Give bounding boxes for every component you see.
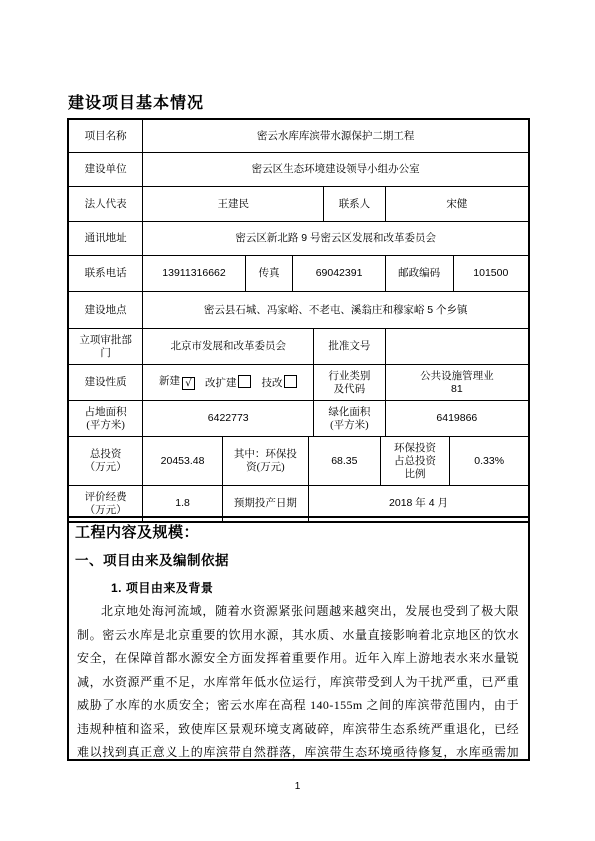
option-technical-renovation: 技改 xyxy=(261,375,297,390)
row-land-area: 占地面积 (平方米) 6422773 绿化面积 (平方米) 6419866 xyxy=(69,401,528,437)
option-new-construction-label: 新建 xyxy=(159,376,180,387)
row-legal-representative: 法人代表 王建民 联系人 宋健 xyxy=(69,187,528,222)
construction-site-value: 密云县石城、冯家峪、不老屯、溪翁庄和穆家峪 5 个乡镇 xyxy=(143,292,528,328)
project-content-section: 工程内容及规模： 一、项目由来及编制依据 1. 项目由来及背景 北京地处海河流域… xyxy=(67,516,530,761)
technical-renovation-checkbox xyxy=(284,375,297,388)
construction-nature-label: 建设性质 xyxy=(69,365,143,400)
row-project-name: 项目名称 密云水库库滨带水源保护二期工程 xyxy=(69,120,528,153)
row-construction-nature: 建设性质 新建√ 改扩建 技改 行业类别 及代码 公共设施管理业 81 xyxy=(69,365,528,401)
row-phone: 联系电话 13911316662 传真 69042391 邮政编码 101500 xyxy=(69,256,528,292)
row-total-investment: 总投资 （万元） 20453.48 其中：环保投 资(万元) 68.35 环保投… xyxy=(69,437,528,486)
env-investment-ratio-label: 环保投资 占总投资 比例 xyxy=(381,437,451,485)
phone-label: 联系电话 xyxy=(69,256,143,291)
mailing-address-value: 密云区新北路 9 号密云区发展和改革委员会 xyxy=(143,222,528,255)
green-area-label: 绿化面积 (平方米) xyxy=(314,401,386,436)
new-construction-checkbox: √ xyxy=(182,377,195,390)
heading-level1: 一、项目由来及编制依据 xyxy=(75,553,521,569)
row-construction-site: 建设地点 密云县石城、冯家峪、不老屯、溪翁庄和穆家峪 5 个乡镇 xyxy=(69,292,528,329)
row-construction-unit: 建设单位 密云区生态环境建设领导小组办公室 xyxy=(69,153,528,187)
row-mailing-address: 通讯地址 密云区新北路 9 号密云区发展和改革委员会 xyxy=(69,222,528,256)
option-technical-renovation-label: 技改 xyxy=(261,378,282,389)
phone-value: 13911316662 xyxy=(143,256,245,291)
approval-department-value: 北京市发展和改革委员会 xyxy=(143,329,314,364)
page-title: 建设项目基本情况 xyxy=(68,90,204,113)
project-name-label: 项目名称 xyxy=(69,120,143,152)
land-area-label: 占地面积 (平方米) xyxy=(69,401,143,436)
env-investment-ratio-value: 0.33% xyxy=(450,437,528,485)
green-area-value: 6419866 xyxy=(386,401,528,436)
legal-representative-label: 法人代表 xyxy=(69,187,143,221)
row-approval-department: 立项审批部 门 北京市发展和改革委员会 批准文号 xyxy=(69,329,528,365)
fax-value: 69042391 xyxy=(293,256,385,291)
construction-unit-label: 建设单位 xyxy=(69,153,143,186)
construction-site-label: 建设地点 xyxy=(69,292,143,328)
total-investment-value: 20453.48 xyxy=(143,437,222,485)
approval-department-label: 立项审批部 门 xyxy=(69,329,143,364)
env-investment-value: 68.35 xyxy=(309,437,381,485)
background-paragraph: 北京地处海河流域，随着水资源紧张问题越来越突出，发展也受到了极大限制。密云水库是… xyxy=(77,600,519,761)
section-title: 工程内容及规模： xyxy=(75,524,521,542)
expansion-checkbox xyxy=(238,375,251,388)
project-info-table: 项目名称 密云水库库滨带水源保护二期工程 建设单位 密云区生态环境建设领导小组办… xyxy=(67,118,530,523)
construction-nature-options: 新建√ 改扩建 技改 xyxy=(143,365,314,400)
option-expansion: 改扩建 xyxy=(205,375,252,390)
industry-category-value: 公共设施管理业 81 xyxy=(386,365,528,400)
postal-code-value: 101500 xyxy=(454,256,528,291)
construction-unit-value: 密云区生态环境建设领导小组办公室 xyxy=(143,153,528,186)
legal-representative-value: 王建民 xyxy=(143,187,324,221)
option-new-construction: 新建√ xyxy=(159,375,195,390)
approval-number-value xyxy=(386,329,528,364)
contact-person-value: 宋健 xyxy=(386,187,528,221)
mailing-address-label: 通讯地址 xyxy=(69,222,143,255)
industry-category-label: 行业类别 及代码 xyxy=(314,365,386,400)
total-investment-label: 总投资 （万元） xyxy=(69,437,143,485)
approval-number-label: 批准文号 xyxy=(314,329,386,364)
document-page: 建设项目基本情况 项目名称 密云水库库滨带水源保护二期工程 建设单位 密云区生态… xyxy=(0,0,595,841)
project-name-value: 密云水库库滨带水源保护二期工程 xyxy=(143,120,528,152)
land-area-value: 6422773 xyxy=(143,401,314,436)
heading-level2: 1. 项目由来及背景 xyxy=(111,581,521,595)
contact-person-label: 联系人 xyxy=(324,187,386,221)
fax-label: 传真 xyxy=(246,256,294,291)
option-expansion-label: 改扩建 xyxy=(205,378,237,389)
env-investment-label: 其中：环保投 资(万元) xyxy=(223,437,309,485)
page-number: 1 xyxy=(0,781,595,792)
postal-code-label: 邮政编码 xyxy=(386,256,454,291)
